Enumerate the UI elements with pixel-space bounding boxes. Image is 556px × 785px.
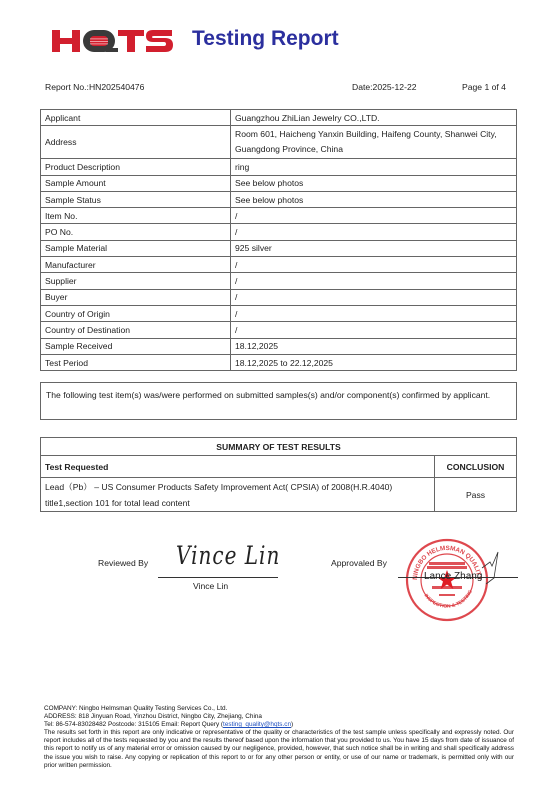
info-label: Product Description: [41, 159, 231, 175]
info-value: /: [231, 208, 517, 224]
footer-contact-text: Tel: 86-574-83028482 Postcode: 315105 Em…: [44, 721, 223, 728]
page-indicator: Page 1 of 4: [462, 82, 506, 92]
footer-contact: Tel: 86-574-83028482 Postcode: 315105 Em…: [44, 721, 514, 729]
footer-email-link[interactable]: testing_quality@hqts.cn: [223, 721, 291, 728]
info-label: Sample Status: [41, 191, 231, 207]
info-value: /: [231, 224, 517, 240]
info-label: PO No.: [41, 224, 231, 240]
approver-signature-scrawl-icon: [480, 548, 502, 588]
company-footer: COMPANY: Ningbo Helmsman Quality Testing…: [44, 705, 514, 770]
table-row: AddressRoom 601, Haicheng Yanxin Buildin…: [41, 126, 517, 159]
info-label: Applicant: [41, 110, 231, 126]
info-label: Buyer: [41, 289, 231, 305]
info-label: Supplier: [41, 273, 231, 289]
conclusion-cell: Pass: [435, 478, 517, 512]
info-label: Sample Received: [41, 338, 231, 354]
footer-company: COMPANY: Ningbo Helmsman Quality Testing…: [44, 705, 514, 713]
table-row: Sample Received18.12,2025: [41, 338, 517, 354]
table-row: Sample Material925 silver: [41, 240, 517, 256]
approved-by-label: Approvaled By: [331, 558, 387, 568]
reviewer-name: Vince Lin: [193, 581, 228, 591]
reviewer-signature: Vince Lin: [176, 540, 280, 570]
info-value: Guangzhou ZhiLian Jewelry CO.,LTD.: [231, 110, 517, 126]
footer-contact-close: ): [291, 721, 293, 728]
table-row: Product Descriptionring: [41, 159, 517, 175]
info-value: 925 silver: [231, 240, 517, 256]
info-label: Country of Destination: [41, 322, 231, 338]
info-value: /: [231, 305, 517, 321]
info-value: See below photos: [231, 191, 517, 207]
report-date: Date:2025-12-22: [352, 82, 417, 92]
summary-table: SUMMARY OF TEST RESULTS Test Requested C…: [40, 437, 517, 512]
info-value: /: [231, 273, 517, 289]
hqts-logo-icon: [52, 28, 174, 54]
hqts-logo: [52, 28, 174, 54]
info-value: /: [231, 289, 517, 305]
table-row: Manufacturer/: [41, 257, 517, 273]
table-row: PO No./: [41, 224, 517, 240]
info-label: Sample Amount: [41, 175, 231, 191]
info-label: Test Period: [41, 354, 231, 370]
table-row: Buyer/: [41, 289, 517, 305]
test-items-note: The following test item(s) was/were perf…: [40, 382, 517, 420]
info-label: Manufacturer: [41, 257, 231, 273]
summary-caption: SUMMARY OF TEST RESULTS: [41, 438, 517, 456]
report-title: Testing Report: [192, 27, 339, 51]
table-row: Item No./: [41, 208, 517, 224]
reviewer-signature-line: [158, 577, 278, 578]
table-row: ApplicantGuangzhou ZhiLian Jewelry CO.,L…: [41, 110, 517, 126]
info-value: ring: [231, 159, 517, 175]
info-label: Sample Material: [41, 240, 231, 256]
test-requested-header: Test Requested: [41, 456, 435, 478]
info-value: /: [231, 257, 517, 273]
report-header: [52, 26, 174, 56]
footer-disclaimer: The results set forth in this report are…: [44, 729, 514, 769]
conclusion-header: CONCLUSION: [435, 456, 517, 478]
test-requested-cell: Lead（Pb） – US Consumer Products Safety I…: [41, 478, 435, 512]
approver-name: Lance Zhang: [424, 571, 482, 582]
sample-info-table: ApplicantGuangzhou ZhiLian Jewelry CO.,L…: [40, 109, 517, 371]
table-row: Sample AmountSee below photos: [41, 175, 517, 191]
table-row: Test Period18.12,2025 to 22.12,2025: [41, 354, 517, 370]
info-label: Item No.: [41, 208, 231, 224]
info-label: Address: [41, 126, 231, 159]
table-row: Supplier/: [41, 273, 517, 289]
table-row: Country of Destination/: [41, 322, 517, 338]
table-row: Lead（Pb） – US Consumer Products Safety I…: [41, 478, 517, 512]
info-label: Country of Origin: [41, 305, 231, 321]
table-row: Country of Origin/: [41, 305, 517, 321]
table-row: Sample StatusSee below photos: [41, 191, 517, 207]
info-value: 18.12,2025 to 22.12,2025: [231, 354, 517, 370]
info-value: /: [231, 322, 517, 338]
info-value: See below photos: [231, 175, 517, 191]
report-number: Report No.:HN202540476: [45, 82, 144, 92]
reviewed-by-label: Reviewed By: [98, 558, 148, 568]
info-value: 18.12,2025: [231, 338, 517, 354]
info-value: Room 601, Haicheng Yanxin Building, Haif…: [231, 126, 517, 159]
footer-address: ADDRESS: 818 Jinyuan Road, Yinzhou Distr…: [44, 713, 514, 721]
